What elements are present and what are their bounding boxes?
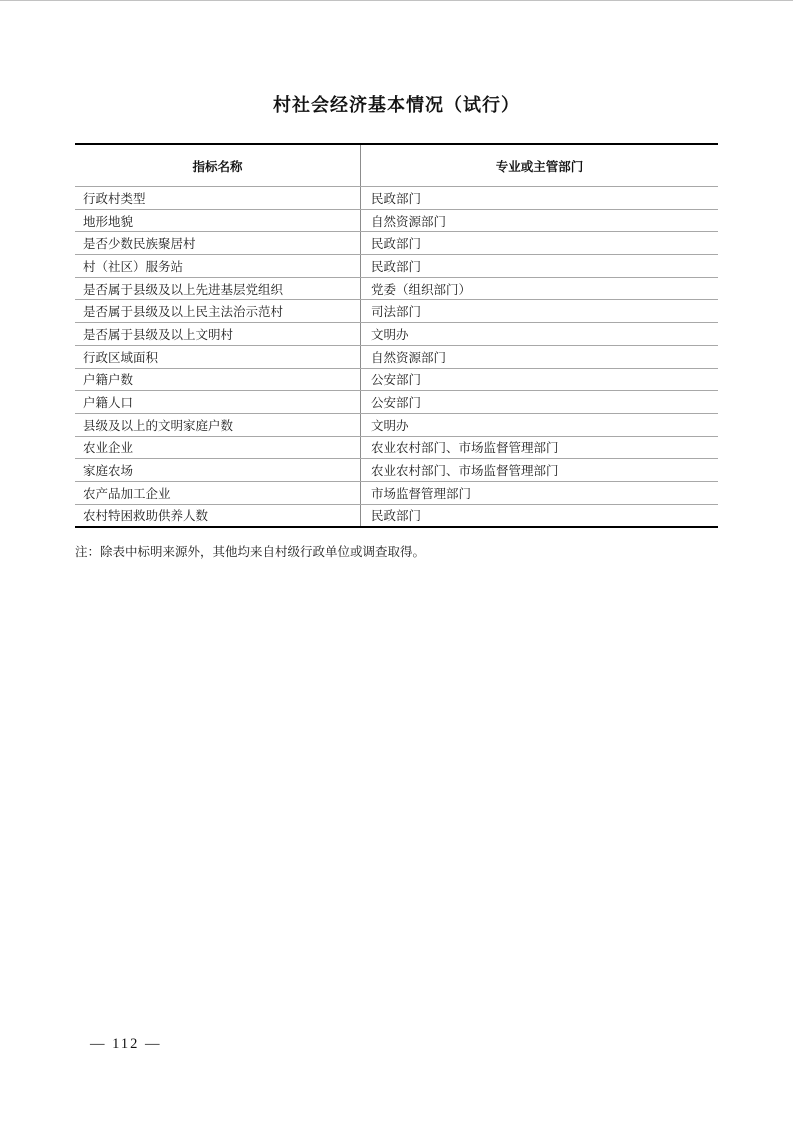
- table-row: 是否属于县级及以上先进基层党组织党委（组织部门）: [75, 277, 718, 300]
- indicator-cell: 是否属于县级及以上文明村: [75, 323, 361, 346]
- department-cell: 农业农村部门、市场监督管理部门: [361, 436, 719, 459]
- table-row: 农产品加工企业市场监督管理部门: [75, 481, 718, 504]
- indicator-cell: 农业企业: [75, 436, 361, 459]
- department-cell: 公安部门: [361, 391, 719, 414]
- table-header: 指标名称 专业或主管部门: [75, 144, 718, 187]
- indicator-cell: 行政区域面积: [75, 345, 361, 368]
- indicator-cell: 是否属于县级及以上民主法治示范村: [75, 300, 361, 323]
- table-row: 农业企业农业农村部门、市场监督管理部门: [75, 436, 718, 459]
- department-cell: 民政部门: [361, 504, 719, 527]
- page-number: — 112 —: [90, 1036, 161, 1053]
- table-row: 行政区域面积自然资源部门: [75, 345, 718, 368]
- table-row: 户籍人口公安部门: [75, 391, 718, 414]
- department-cell: 民政部门: [361, 187, 719, 210]
- village-info-table: 指标名称 专业或主管部门 行政村类型民政部门地形地貌自然资源部门是否少数民族聚居…: [75, 143, 718, 528]
- table-row: 地形地貌自然资源部门: [75, 209, 718, 232]
- header-indicator-name: 指标名称: [75, 144, 361, 187]
- indicator-cell: 村（社区）服务站: [75, 255, 361, 278]
- table-body: 行政村类型民政部门地形地貌自然资源部门是否少数民族聚居村民政部门村（社区）服务站…: [75, 187, 718, 528]
- indicator-cell: 户籍人口: [75, 391, 361, 414]
- indicator-cell: 是否属于县级及以上先进基层党组织: [75, 277, 361, 300]
- table-row: 是否少数民族聚居村民政部门: [75, 232, 718, 255]
- department-cell: 市场监督管理部门: [361, 481, 719, 504]
- indicator-cell: 是否少数民族聚居村: [75, 232, 361, 255]
- page-title: 村社会经济基本情况（试行）: [0, 91, 793, 117]
- table-row: 是否属于县级及以上文明村文明办: [75, 323, 718, 346]
- department-cell: 自然资源部门: [361, 209, 719, 232]
- table-row: 行政村类型民政部门: [75, 187, 718, 210]
- document-page: 村社会经济基本情况（试行） 指标名称 专业或主管部门 行政村类型民政部门地形地貌…: [0, 0, 793, 1122]
- header-department: 专业或主管部门: [361, 144, 719, 187]
- table-note: 注：除表中标明来源外，其他均来自村级行政单位或调查取得。: [75, 542, 425, 560]
- table-row: 村（社区）服务站民政部门: [75, 255, 718, 278]
- department-cell: 民政部门: [361, 255, 719, 278]
- department-cell: 文明办: [361, 323, 719, 346]
- page-edge-line: [0, 0, 793, 1]
- indicator-cell: 行政村类型: [75, 187, 361, 210]
- table-row: 是否属于县级及以上民主法治示范村司法部门: [75, 300, 718, 323]
- table-header-row: 指标名称 专业或主管部门: [75, 144, 718, 187]
- table-row: 农村特困救助供养人数民政部门: [75, 504, 718, 527]
- table-row: 县级及以上的文明家庭户数文明办: [75, 413, 718, 436]
- indicator-cell: 农产品加工企业: [75, 481, 361, 504]
- indicator-cell: 家庭农场: [75, 459, 361, 482]
- indicator-cell: 地形地貌: [75, 209, 361, 232]
- indicator-cell: 农村特困救助供养人数: [75, 504, 361, 527]
- department-cell: 自然资源部门: [361, 345, 719, 368]
- table-row: 户籍户数公安部门: [75, 368, 718, 391]
- department-cell: 党委（组织部门）: [361, 277, 719, 300]
- indicator-cell: 户籍户数: [75, 368, 361, 391]
- department-cell: 司法部门: [361, 300, 719, 323]
- department-cell: 民政部门: [361, 232, 719, 255]
- indicator-cell: 县级及以上的文明家庭户数: [75, 413, 361, 436]
- department-cell: 农业农村部门、市场监督管理部门: [361, 459, 719, 482]
- table-row: 家庭农场农业农村部门、市场监督管理部门: [75, 459, 718, 482]
- department-cell: 公安部门: [361, 368, 719, 391]
- department-cell: 文明办: [361, 413, 719, 436]
